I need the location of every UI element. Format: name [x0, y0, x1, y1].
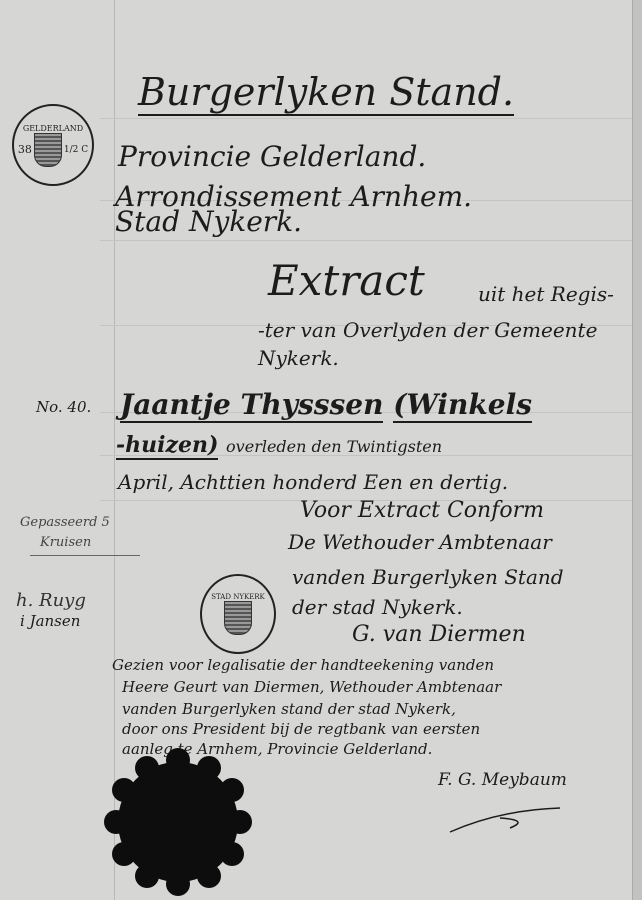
tax-stamp-unit: 1/2 C	[64, 145, 88, 155]
wax-seal-icon	[104, 748, 252, 896]
extract-line-1: uit het Regis-	[478, 282, 614, 306]
coat-of-arms-icon	[34, 133, 62, 167]
ruled-line	[100, 118, 632, 119]
provincie-line: Provincie Gelderland.	[118, 140, 426, 173]
legalisation-line-1: Gezien voor legalisatie der handteekenin…	[112, 656, 494, 674]
extract-title: Extract	[268, 256, 425, 305]
margin-divider	[30, 555, 140, 556]
page-edge	[632, 0, 642, 900]
tax-stamp-value: 38	[18, 143, 32, 156]
margin-note-4: i Jansen	[20, 612, 80, 630]
lion-crest-icon	[224, 601, 252, 635]
document-page: GELDERLAND 38 1/2 C Burgerlyken Stand. P…	[0, 0, 632, 900]
stad-line: Stad Nykerk.	[115, 205, 302, 238]
legalisation-line-4: door ons President bij de regtbank van e…	[122, 720, 480, 738]
margin-note-2: Kruisen	[40, 535, 91, 550]
extract-line-3: Nykerk.	[258, 346, 339, 370]
ruled-line	[100, 240, 632, 241]
deceased-name-cont: -huizen) overleden den Twintigsten	[116, 432, 442, 458]
certification-line-4: der stad Nykerk.	[292, 595, 463, 619]
document-heading: Burgerlyken Stand.	[138, 70, 514, 114]
president-signature: F. G. Meybaum	[438, 770, 567, 790]
tax-stamp-label: GELDERLAND	[23, 124, 83, 133]
certification-line-3: vanden Burgerlyken Stand	[292, 565, 564, 589]
margin-note-1: Gepasseerd 5	[20, 515, 110, 530]
city-stamp-label: STAD NYKERK	[211, 593, 265, 601]
tax-stamp: GELDERLAND 38 1/2 C	[12, 104, 94, 186]
legalisation-line-2: Heere Geurt van Diermen, Wethouder Ambte…	[122, 678, 501, 696]
deceased-name: Jaantje Thysssen (Winkels	[120, 388, 532, 421]
official-signature: G. van Diermen	[352, 622, 526, 647]
city-stamp: STAD NYKERK	[200, 574, 276, 654]
record-number: No. 40.	[36, 398, 91, 416]
extract-line-2: -ter van Overlyden der Gemeente	[258, 318, 597, 342]
margin-note-3: h. Ruyg	[16, 590, 86, 611]
signature-flourish-icon	[440, 800, 580, 840]
death-line-1: overleden den Twintigsten	[226, 437, 442, 456]
legalisation-line-3: vanden Burgerlyken stand der stad Nykerk…	[122, 700, 456, 718]
death-line-2: April, Achttien honderd Een en dertig.	[118, 470, 508, 494]
certification-line-1: Voor Extract Conform	[300, 498, 544, 523]
certification-line-2: De Wethouder Ambtenaar	[288, 530, 552, 554]
